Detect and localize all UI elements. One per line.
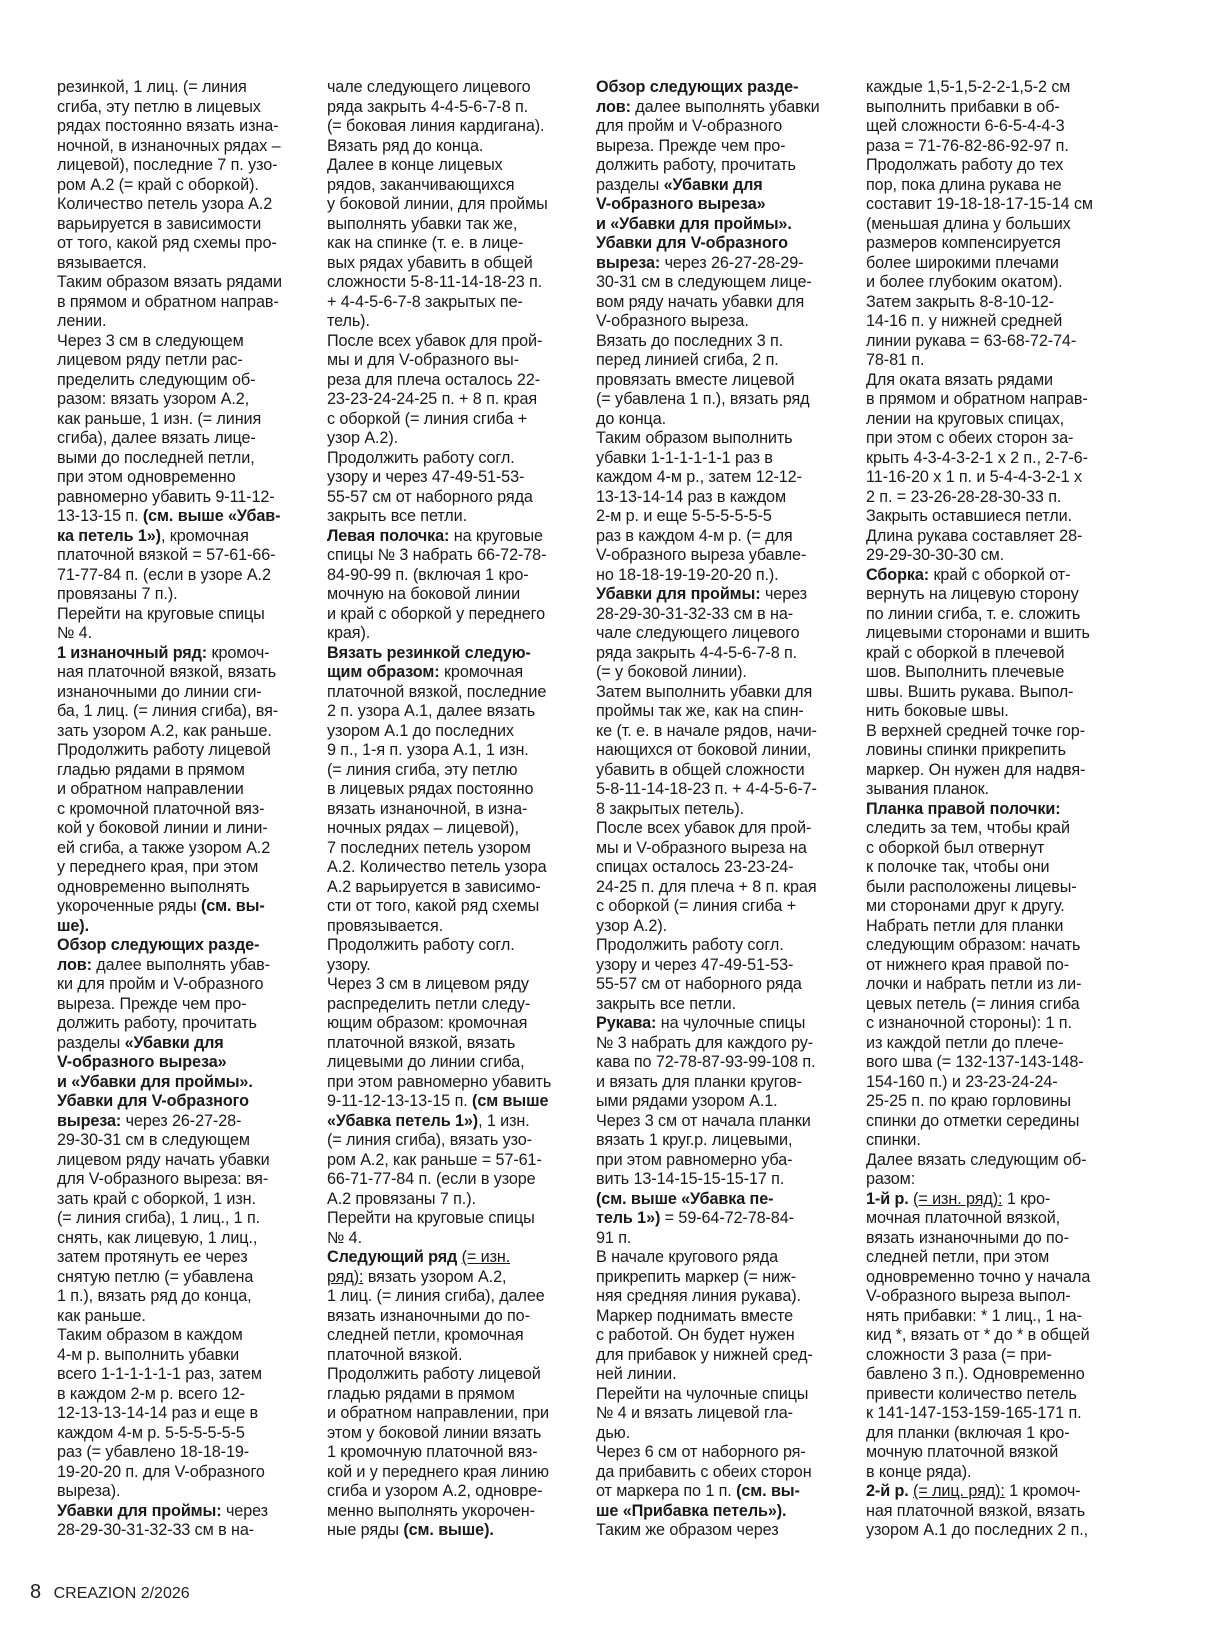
body-text: Таким образом вязать рядами в прямом и о… [57, 273, 282, 330]
text-column-3: Обзор следующих разде- лов: далее выполн… [596, 78, 858, 1541]
paragraph: Продолжить работу согл. узору и через 47… [327, 449, 589, 527]
underlined-text: (= лиц. ряд): [913, 1482, 1005, 1500]
paragraph: Обзор следующих разде- лов: далее выполн… [596, 78, 858, 234]
body-text: чале следующего лицевого ряда закрыть 4-… [327, 78, 544, 155]
paragraph: В начале кругового ряда прикрепить марке… [596, 1248, 858, 1385]
paragraph: Длина рукава составляет 28- 29-29-30-30-… [866, 527, 1136, 566]
body-text: Таким же образом через [596, 1521, 779, 1539]
bold-heading-text: Убавки для проймы: [57, 1502, 222, 1520]
body-text: Затем закрыть 8-8-10-12- 14-16 п. у нижн… [866, 293, 1076, 370]
body-text: Через 3 см от начала планки вязать 1 кру… [596, 1112, 811, 1189]
body-text: кромочная платочной вязкой, последние 2 … [327, 663, 547, 935]
paragraph: Закрыть оставшиеся петли. [866, 507, 1136, 527]
text-column-4: каждые 1,5-1,5-2-2-1,5-2 см выполнить пр… [866, 78, 1136, 1541]
body-text: Через 3 см в следующем лицевом ряду петл… [57, 332, 275, 526]
body-text: Закрыть оставшиеся петли. [866, 507, 1072, 525]
body-text: через 26-27-28- 29-30-31 см в следующем … [57, 1112, 270, 1325]
body-text: следить за тем, чтобы край с оборкой был… [866, 819, 1077, 915]
paragraph: Таким же образом через [596, 1521, 858, 1541]
bold-heading-text: Планка правой полочки: [866, 800, 1061, 818]
bold-heading-text: Убавки для проймы: [596, 585, 761, 603]
bold-heading-text: Следующий ряд [327, 1248, 457, 1266]
magazine-page: резинкой, 1 лиц. (= линия сгиба, эту пет… [0, 0, 1211, 1636]
body-text: Через 3 см в лицевом ряду распределить п… [327, 975, 551, 1110]
paragraph: Перейти на круговые спицы № 4. [327, 1209, 589, 1248]
paragraph: 1-й р. (= изн. ряд): 1 кро- мочная плато… [866, 1190, 1136, 1483]
paragraph: Продолжать работу до тех пор, пока длина… [866, 156, 1136, 293]
paragraph: Далее в конце лицевых рядов, заканчивающ… [327, 156, 589, 332]
bold-heading-text: (см. выше). [403, 1521, 493, 1539]
paragraph: Таким образом выполнить убавки 1-1-1-1-1… [596, 429, 858, 585]
paragraph: Через 3 см в следующем лицевом ряду петл… [57, 332, 319, 605]
paragraph: Набрать петли для планки следующим образ… [866, 917, 1136, 1151]
underlined-text: (= изн. ряд): [913, 1190, 1002, 1208]
body-text: После всех убавок для прой- мы и V-образ… [596, 819, 817, 935]
body-text: В начале кругового ряда прикрепить марке… [596, 1248, 813, 1383]
body-text: каждые 1,5-1,5-2-2-1,5-2 см выполнить пр… [866, 78, 1070, 155]
body-text: край с оборкой от- вернуть на лицевую ст… [866, 566, 1090, 721]
body-text: Продолжать работу до тех пор, пока длина… [866, 156, 1093, 291]
paragraph: В верхней средней точке гор- ловины спин… [866, 722, 1136, 800]
paragraph: Продолжить работу согл. узору. [327, 936, 589, 975]
paragraph: Убавки для проймы: через 28-29-30-31-32-… [57, 1502, 319, 1541]
paragraph: каждые 1,5-1,5-2-2-1,5-2 см выполнить пр… [866, 78, 1136, 156]
paragraph: Далее вязать следующим об- разом: [866, 1151, 1136, 1190]
body-text: Перейти на круговые спицы № 4. [57, 605, 265, 643]
body-text: Набрать петли для планки следующим образ… [866, 917, 1084, 1150]
paragraph: После всех убавок для прой- мы и V-образ… [596, 819, 858, 936]
paragraph: Обзор следующих разде- лов: далее выполн… [57, 936, 319, 1092]
paragraph: Следующий ряд (= изн. ряд): вязать узоро… [327, 1248, 589, 1365]
body-text: После всех убавок для прой- мы и для V-о… [327, 332, 542, 448]
body-text: Перейти на круговые спицы № 4. [327, 1209, 535, 1247]
body-text: Продолжить работу согл. узору и через 47… [596, 936, 802, 1013]
bold-heading-text: Сборка: [866, 566, 929, 584]
paragraph: резинкой, 1 лиц. (= линия сгиба, эту пет… [57, 78, 319, 273]
body-text: Продолжить работу лицевой гладью рядами … [327, 1365, 549, 1539]
paragraph: Таким образом вязать рядами в прямом и о… [57, 273, 319, 332]
body-text: резинкой, 1 лиц. (= линия сгиба, эту пет… [57, 78, 281, 272]
paragraph: Убавки для проймы: через 28-29-30-31-32-… [596, 585, 858, 683]
bold-heading-text: 1-й р. [866, 1190, 909, 1208]
paragraph: Затем закрыть 8-8-10-12- 14-16 п. у нижн… [866, 293, 1136, 371]
bold-heading-text: 1 изнаночный ряд: [57, 644, 207, 662]
bold-heading-text: 2-й р. [866, 1482, 909, 1500]
page-footer: 8 CREAZION 2/2026 [30, 1581, 190, 1604]
paragraph: Через 6 см от наборного ря- да прибавить… [596, 1443, 858, 1521]
body-text: Таким образом в каждом 4-м р. выполнить … [57, 1326, 265, 1500]
body-text: Таким образом выполнить убавки 1-1-1-1-1… [596, 429, 806, 584]
paragraph: Затем выполнить убавки для проймы так же… [596, 683, 858, 820]
body-text: Длина рукава составляет 28- 29-29-30-30-… [866, 527, 1082, 565]
page-number: 8 [30, 1581, 41, 1603]
paragraph: Перейти на чулочные спицы № 4 и вязать л… [596, 1385, 858, 1444]
body-text: Продолжить работу согл. узору. [327, 936, 515, 974]
magazine-issue: CREAZION 2/2026 [54, 1585, 190, 1602]
body-text: Для оката вязать рядами в прямом и обрат… [866, 371, 1088, 506]
body-text: кромоч- ная платочной вязкой, вязать изн… [57, 644, 278, 916]
text-column-1: резинкой, 1 лиц. (= линия сгиба, эту пет… [57, 78, 319, 1541]
paragraph: Рукава: на чулочные спицы № 3 набрать дл… [596, 1014, 858, 1112]
body-text: Продолжить работу согл. узору и через 47… [327, 449, 533, 526]
paragraph: Продолжить работу лицевой гладью рядами … [327, 1365, 589, 1541]
paragraph: Сборка: край с оборкой от- вернуть на ли… [866, 566, 1136, 722]
paragraph: Планка правой полочки: следить за тем, ч… [866, 800, 1136, 917]
paragraph: 1 изнаночный ряд: кромоч- ная платочной … [57, 644, 319, 937]
paragraph: Вязать резинкой следую- щим образом: кро… [327, 644, 589, 937]
paragraph: Убавки для V-образного выреза: через 26-… [596, 234, 858, 332]
paragraph: После всех убавок для прой- мы и для V-о… [327, 332, 589, 449]
text-column-2: чале следующего лицевого ряда закрыть 4-… [327, 78, 589, 1541]
paragraph: Перейти на круговые спицы № 4. [57, 605, 319, 644]
paragraph: Для оката вязать рядами в прямом и обрат… [866, 371, 1136, 508]
body-text: Далее в конце лицевых рядов, заканчивающ… [327, 156, 548, 330]
body-text: Затем выполнить убавки для проймы так же… [596, 683, 817, 818]
paragraph: Продолжить работу согл. узору и через 47… [596, 936, 858, 1014]
bold-heading-text: Левая полочка: [327, 527, 449, 545]
paragraph: Через 3 см в лицевом ряду распределить п… [327, 975, 589, 1209]
paragraph: Вязать до последних 3 п. перед линией сг… [596, 332, 858, 430]
body-text: Далее вязать следующим об- разом: [866, 1151, 1086, 1189]
paragraph: 2-й р. (= лиц. ряд): 1 кромоч- ная плато… [866, 1482, 1136, 1541]
paragraph: Убавки для V-образного выреза: через 26-… [57, 1092, 319, 1326]
body-text: Вязать до последних 3 п. перед линией сг… [596, 332, 810, 428]
bold-heading-text: Рукава: [596, 1014, 656, 1032]
paragraph: Через 3 см от начала планки вязать 1 кру… [596, 1112, 858, 1249]
paragraph: Таким образом в каждом 4-м р. выполнить … [57, 1326, 319, 1502]
body-text: В верхней средней точке гор- ловины спин… [866, 722, 1085, 799]
body-text: 1 кро- мочная платочной вязкой, вязать и… [866, 1190, 1090, 1481]
paragraph: Левая полочка: на круговые спицы № 3 наб… [327, 527, 589, 644]
body-text: Перейти на чулочные спицы № 4 и вязать л… [596, 1385, 808, 1442]
paragraph: чале следующего лицевого ряда закрыть 4-… [327, 78, 589, 156]
